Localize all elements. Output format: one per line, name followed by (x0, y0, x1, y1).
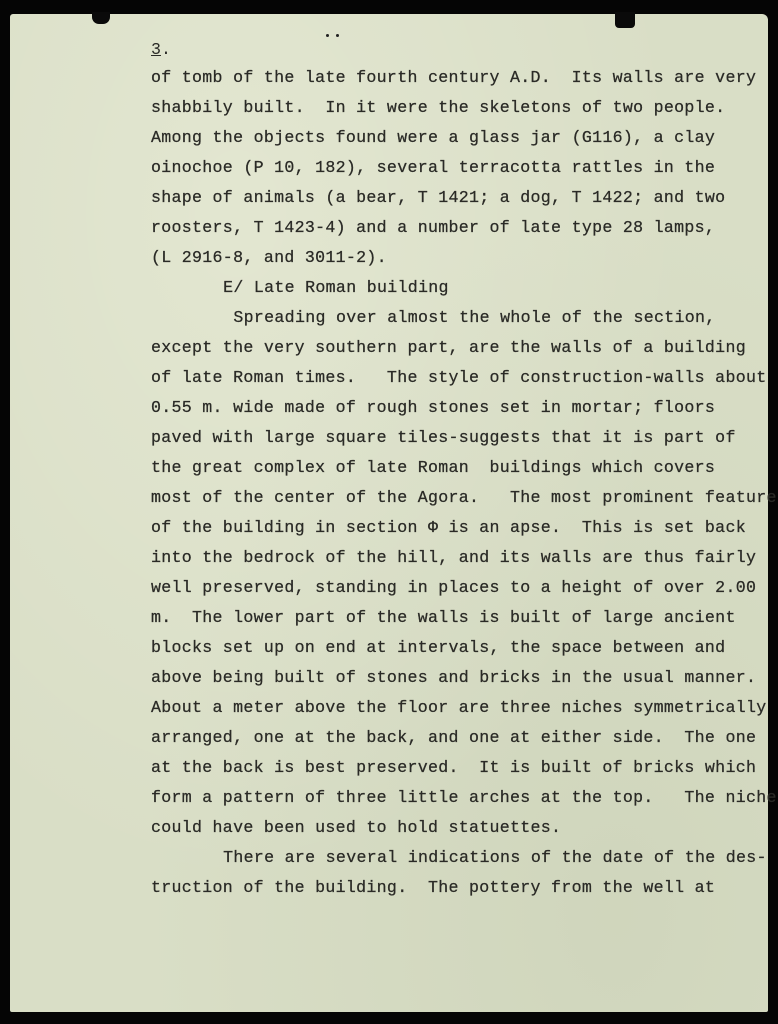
text-line: except the very southern part, are the w… (151, 338, 746, 358)
page-number-value: 3 (151, 40, 161, 59)
text-line: Among the objects found were a glass jar… (151, 128, 715, 148)
text-line: roosters, T 1423-4) and a number of late… (151, 218, 715, 238)
text-line: shape of animals (a bear, T 1421; a dog,… (151, 188, 725, 208)
text-line: m. The lower part of the walls is built … (151, 608, 736, 628)
text-line: above being built of stones and bricks i… (151, 668, 756, 688)
text-line: the great complex of late Roman building… (151, 458, 715, 478)
paragraph-start: Spreading over almost the whole of the s… (233, 308, 715, 328)
text-line: paved with large square tiles-suggests t… (151, 428, 736, 448)
text-line: About a meter above the floor are three … (151, 698, 766, 718)
page-number-suffix: . (161, 40, 171, 59)
page-number: 3. (151, 40, 171, 59)
text-line: of late Roman times. The style of constr… (151, 368, 766, 388)
text-line: form a pattern of three little arches at… (151, 788, 778, 808)
text-line: (L 2916-8, and 3011-2). (151, 248, 387, 268)
text-line: most of the center of the Agora. The mos… (151, 488, 777, 508)
text-line: truction of the building. The pottery fr… (151, 878, 715, 898)
paragraph-start: There are several indications of the dat… (223, 848, 767, 868)
text-line: well preserved, standing in places to a … (151, 578, 756, 598)
binder-clip-right (615, 12, 635, 28)
text-line: into the bedrock of the hill, and its wa… (151, 548, 756, 568)
punch-marks (326, 34, 340, 38)
text-line: at the back is best preserved. It is bui… (151, 758, 756, 778)
text-line: of the building in section Φ is an apse.… (151, 518, 746, 538)
text-line: 0.55 m. wide made of rough stones set in… (151, 398, 715, 418)
section-heading: E/ Late Roman building (223, 278, 449, 298)
text-line: shabbily built. In it were the skeletons… (151, 98, 725, 118)
text-line: could have been used to hold statuettes. (151, 818, 561, 838)
text-line: blocks set up on end at intervals, the s… (151, 638, 725, 658)
text-line: of tomb of the late fourth century A.D. … (151, 68, 756, 88)
text-line: oinochoe (P 10, 182), several terracotta… (151, 158, 715, 178)
text-line: arranged, one at the back, and one at ei… (151, 728, 756, 748)
binder-clip-left (92, 12, 110, 24)
